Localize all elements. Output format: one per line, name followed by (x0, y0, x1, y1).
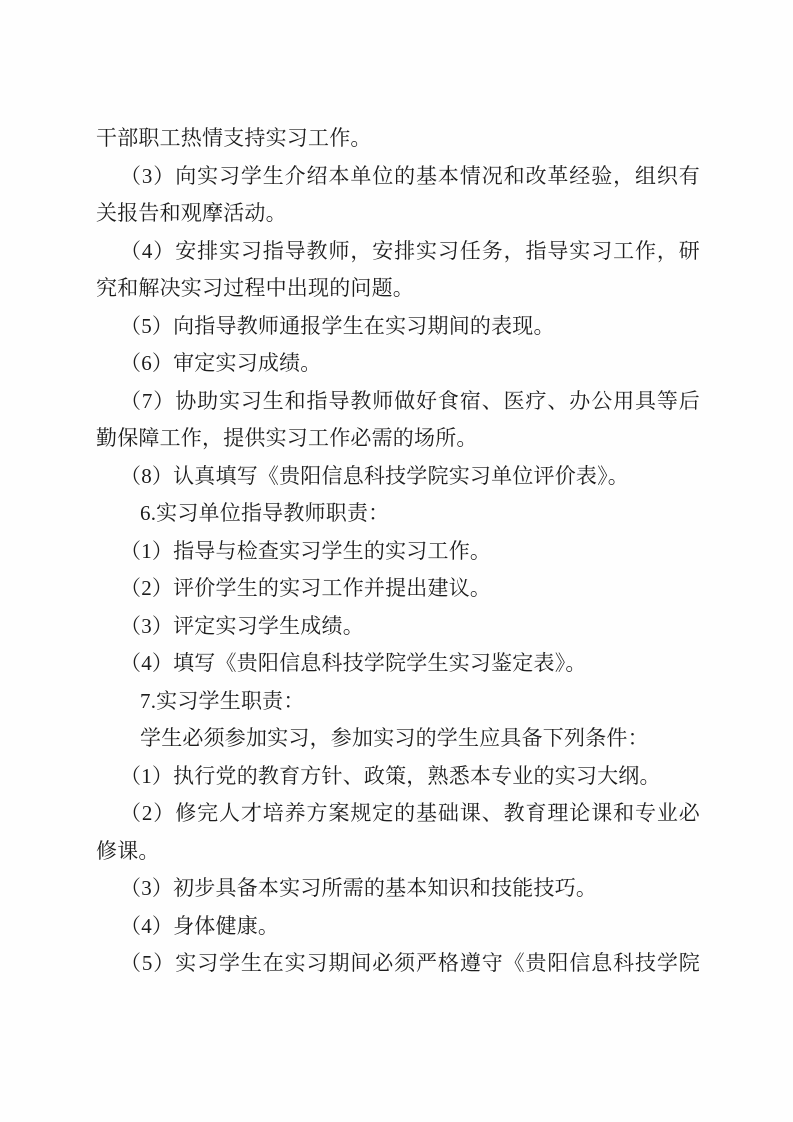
text-line: （2）评价学生的实习工作并提出建议。 (96, 570, 700, 608)
text-line: （6）审定实习成绩。 (96, 345, 700, 383)
text-line: 6.实习单位指导教师职责： (96, 495, 700, 533)
text-line: 修课。 (96, 833, 700, 871)
text-line: （3）初步具备本实习所需的基本知识和技能技巧。 (96, 870, 700, 908)
text-line: 勤保障工作，提供实习工作必需的场所。 (96, 420, 700, 458)
text-line: 关报告和观摩活动。 (96, 195, 700, 233)
text-line: 学生必须参加实习，参加实习的学生应具备下列条件： (96, 720, 700, 758)
text-line: 究和解决实习过程中出现的问题。 (96, 270, 700, 308)
text-line: （4）身体健康。 (96, 908, 700, 946)
text-line: （3）评定实习学生成绩。 (96, 608, 700, 646)
text-line: （8）认真填写《贵阳信息科技学院实习单位评价表》。 (96, 458, 700, 496)
text-line: （3）向实习学生介绍本单位的基本情况和改革经验，组织有 (96, 158, 700, 196)
text-line: （4）安排实习指导教师，安排实习任务，指导实习工作，研 (96, 233, 700, 271)
text-line: （1）指导与检查实习学生的实习工作。 (96, 533, 700, 571)
text-line: （5）实习学生在实习期间必须严格遵守《贵阳信息科技学院 (96, 945, 700, 983)
document-page: 干部职工热情支持实习工作。（3）向实习学生介绍本单位的基本情况和改革经验，组织有… (0, 0, 793, 1122)
text-line: （2）修完人才培养方案规定的基础课、教育理论课和专业必 (96, 795, 700, 833)
text-line: 干部职工热情支持实习工作。 (96, 120, 700, 158)
text-line: （5）向指导教师通报学生在实习期间的表现。 (96, 308, 700, 346)
text-line: （4）填写《贵阳信息科技学院学生实习鉴定表》。 (96, 645, 700, 683)
document-body: 干部职工热情支持实习工作。（3）向实习学生介绍本单位的基本情况和改革经验，组织有… (96, 120, 700, 983)
text-line: （7）协助实习生和指导教师做好食宿、医疗、办公用具等后 (96, 383, 700, 421)
text-line: 7.实习学生职责： (96, 683, 700, 721)
text-line: （1）执行党的教育方针、政策，熟悉本专业的实习大纲。 (96, 758, 700, 796)
